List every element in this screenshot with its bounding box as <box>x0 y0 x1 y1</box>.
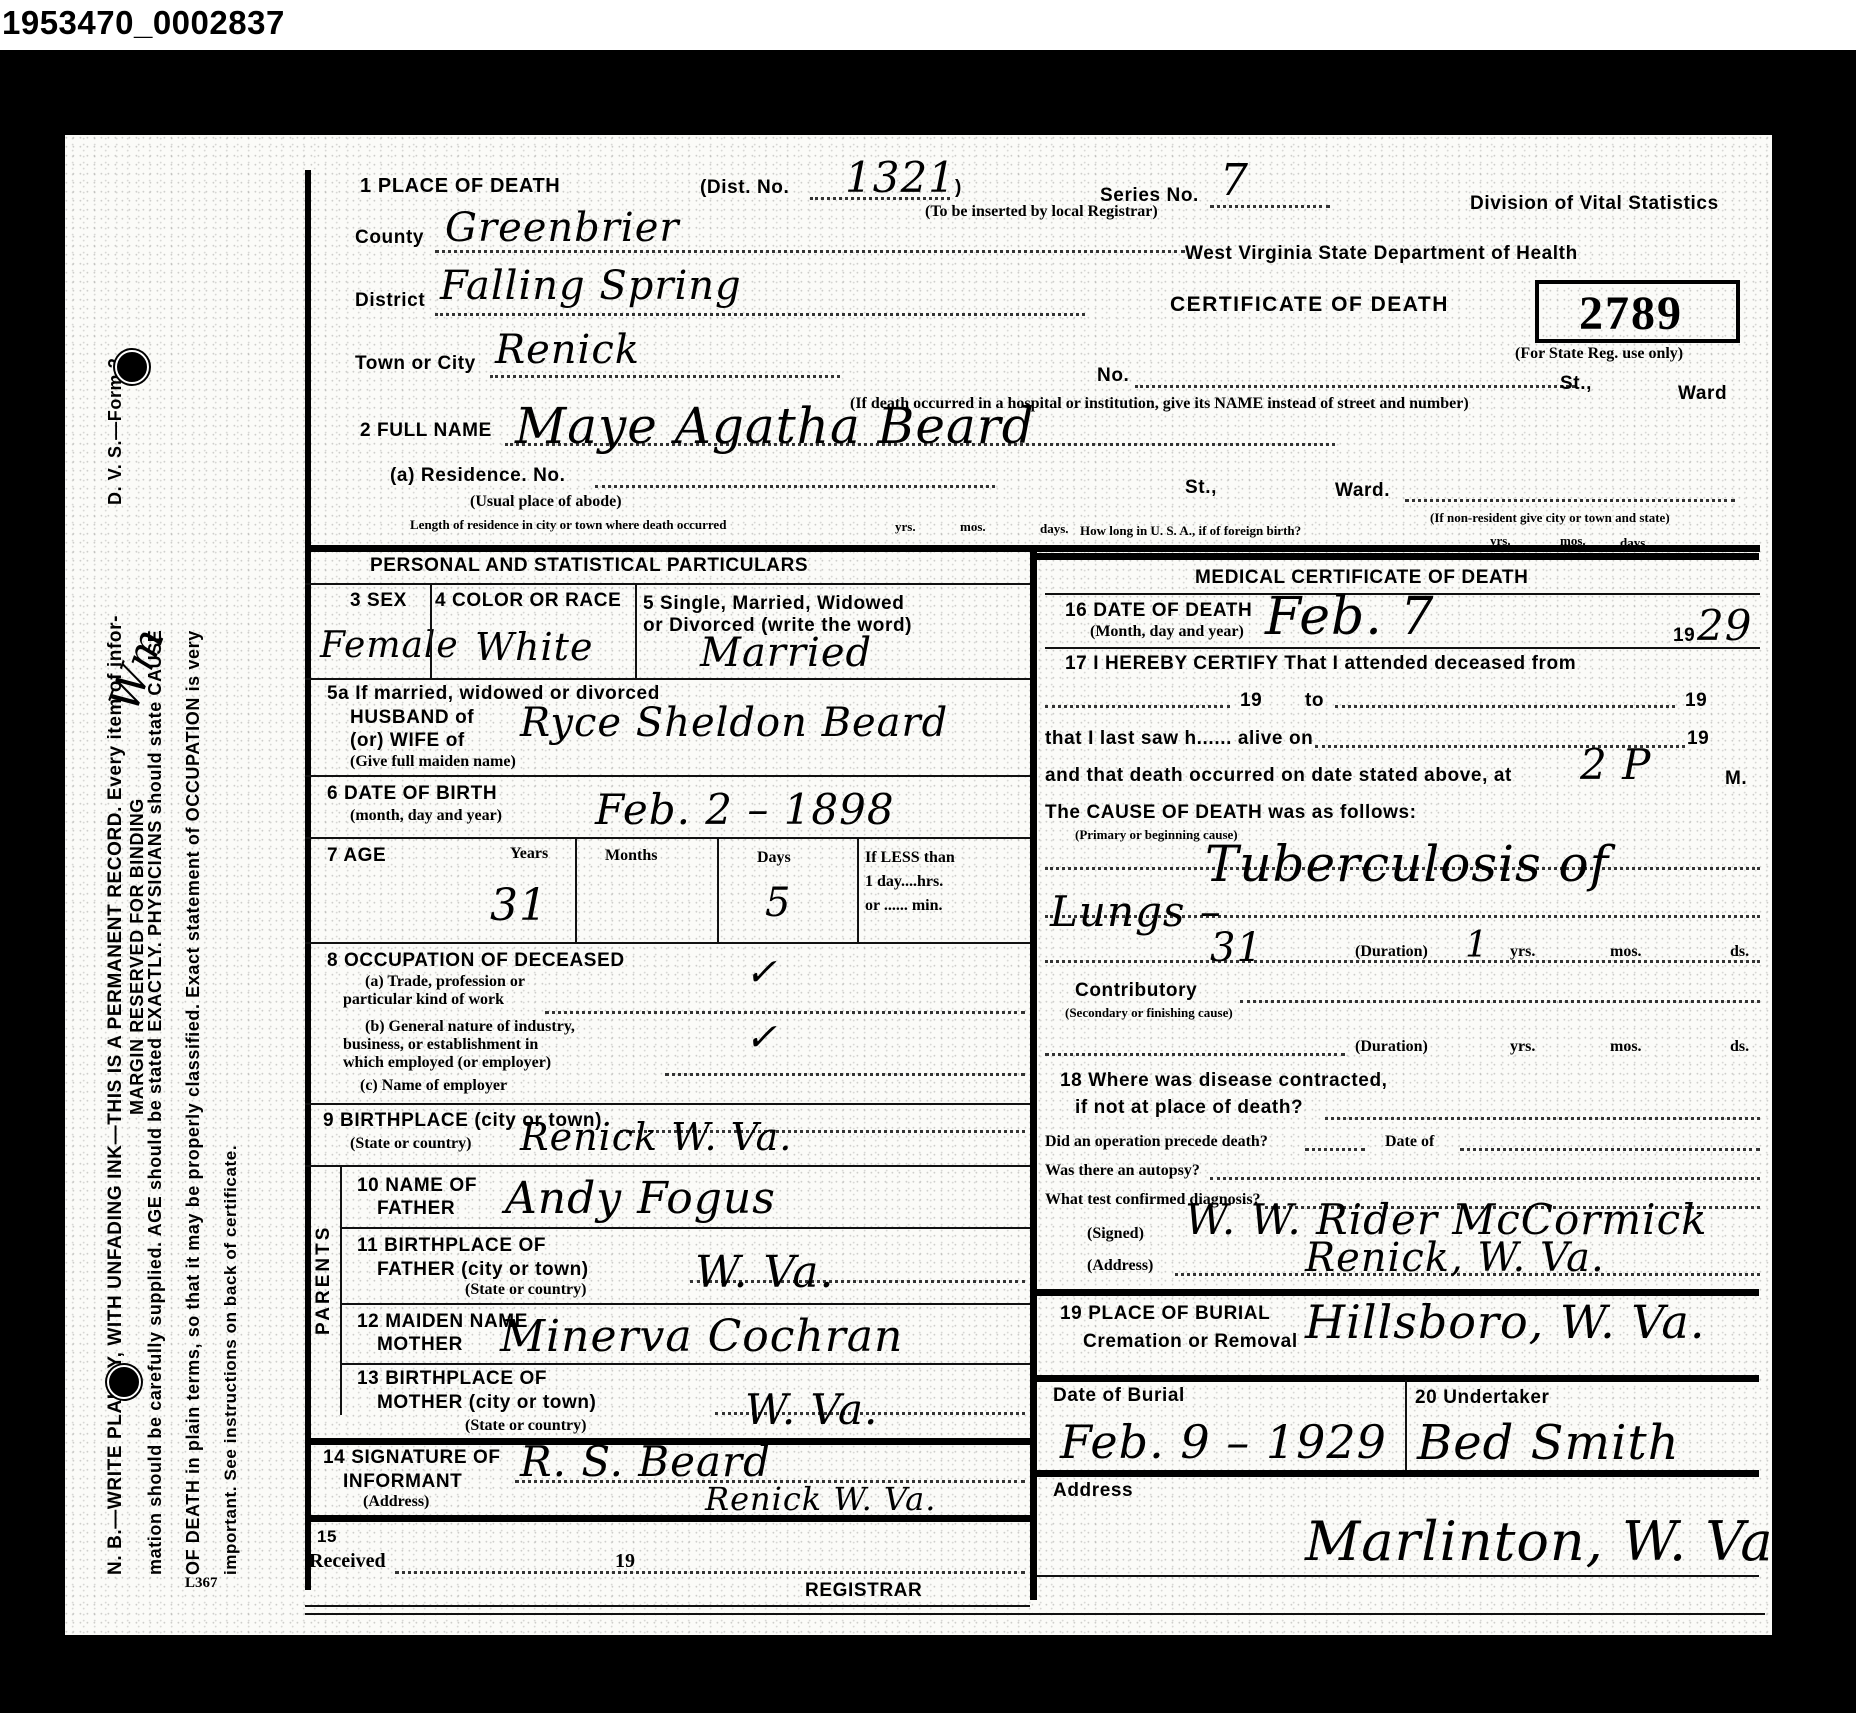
occ-b-label-3: which employed (or employer) <box>343 1054 551 1072</box>
father-label-2: FATHER <box>377 1198 455 1220</box>
residence-ward-label: Ward. <box>1335 480 1390 502</box>
dist-no-value: 1321 <box>845 153 956 202</box>
certificate-form: 1 PLACE OF DEATH (Dist. No. 1321 ) (To b… <box>305 135 1775 1635</box>
margin-notice-line: mation should be carefully supplied. AGE… <box>145 630 166 1575</box>
occ-b-label-2: business, or establishment in <box>343 1036 538 1054</box>
less-than-hrs: 1 day....hrs. <box>865 873 943 891</box>
physician-signed-label: (Signed) <box>1087 1225 1144 1243</box>
cause-value-3: 31 <box>1210 925 1263 971</box>
sex-value: Female <box>320 625 459 666</box>
mother-birthplace-label: 13 BIRTHPLACE OF <box>357 1368 547 1390</box>
no-label: No. <box>1097 365 1129 387</box>
informant-address-label: (Address) <box>363 1493 429 1511</box>
marital-value: Married <box>700 630 872 676</box>
cause-value-2: Lungs – <box>1050 887 1222 936</box>
contributory-duration-label: (Duration) <box>1355 1038 1428 1056</box>
spouse-value: Ryce Sheldon Beard <box>520 700 948 746</box>
less-than-label: If LESS than <box>865 849 955 867</box>
days-label: Days <box>757 849 791 867</box>
race-value: White <box>475 625 593 669</box>
duration-yrs-label: yrs. <box>1510 943 1535 961</box>
physician-address-label: (Address) <box>1087 1257 1153 1275</box>
undertaker-address: Marlinton, W. Va. <box>1305 1510 1792 1573</box>
undertaker-label: 20 Undertaker <box>1415 1387 1550 1409</box>
undertaker-value: Bed Smith <box>1417 1415 1680 1471</box>
contracted-label-2: if not at place of death? <box>1075 1097 1303 1119</box>
attended-to-label: to <box>1305 690 1324 712</box>
series-no-label: Series No. <box>1100 185 1199 207</box>
death-time-value: 2 P <box>1580 740 1651 789</box>
father-value: Andy Fogus <box>505 1173 776 1224</box>
undertaker-address-label: Address <box>1053 1480 1133 1502</box>
residence-label: (a) Residence. No. <box>390 465 566 487</box>
contributory-yrs-label: yrs. <box>1510 1038 1535 1056</box>
medical-heading: MEDICAL CERTIFICATE OF DEATH <box>1195 567 1528 589</box>
birthplace-value: Renick W. Va. <box>520 1115 792 1159</box>
years-label: Years <box>510 845 548 863</box>
burial-place-value: Hillsboro, W. Va. <box>1305 1295 1705 1349</box>
cause-label: The CAUSE OF DEATH was as follows: <box>1045 802 1417 824</box>
occ-b-checkmark-icon: ✓ <box>745 1015 777 1059</box>
nonresident-note: (If non-resident give city or town and s… <box>1430 510 1670 526</box>
mother-birthplace-label-2: MOTHER (city or town) <box>377 1392 596 1414</box>
informant-signature: R. S. Beard <box>520 1437 771 1486</box>
dist-no-close: ) <box>955 177 962 199</box>
town-label: Town or City <box>355 353 476 375</box>
duration-label: (Duration) <box>1355 943 1428 961</box>
contributory-mos-label: mos. <box>1610 1038 1642 1056</box>
division-title: Division of Vital Statistics <box>1470 193 1719 215</box>
st-label: St., <box>1560 373 1592 395</box>
mother-value: Minerva Cochran <box>500 1311 903 1362</box>
town-value: Renick <box>495 327 640 373</box>
attended-to-year: 19 <box>1685 690 1707 712</box>
margin-binding-note: MARGIN RESERVED FOR BINDING <box>127 798 148 1115</box>
contracted-label: 18 Where was disease contracted, <box>1060 1070 1388 1092</box>
certificate-title: CERTIFICATE OF DEATH <box>1170 293 1449 317</box>
father-birthplace-label-2: FATHER (city or town) <box>377 1259 589 1281</box>
informant-label-2: INFORMANT <box>343 1471 462 1493</box>
form-code: L367 <box>185 1575 218 1592</box>
duration-ds-label: ds. <box>1730 943 1749 961</box>
contributory-ds-label: ds. <box>1730 1038 1749 1056</box>
image-id: 1953470_0002837 <box>2 4 285 42</box>
months-label: Months <box>605 847 657 865</box>
margin-notice-line: N. B.—WRITE PLAINLY, WITH UNFADING INK—T… <box>105 615 127 1575</box>
certify-statement: 17 I HEREBY CERTIFY That I attended dece… <box>1065 653 1576 675</box>
punch-hole-icon <box>107 1365 141 1399</box>
series-no-value: 7 <box>1220 155 1249 206</box>
operation-label: Did an operation precede death? <box>1045 1133 1268 1151</box>
dist-no-label: (Dist. No. <box>700 177 789 199</box>
less-than-min: or ...... min. <box>865 897 942 915</box>
dod-year-value: 29 <box>1697 601 1752 650</box>
last-saw-year: 19 <box>1687 728 1709 750</box>
place-of-death-label: 1 PLACE OF DEATH <box>360 175 560 198</box>
yrs-label: yrs. <box>895 519 916 535</box>
occ-a-label: (a) Trade, profession or <box>365 973 525 991</box>
residence-sub: (Usual place of abode) <box>470 493 622 511</box>
death-time-label: and that death occurred on date stated a… <box>1045 765 1512 787</box>
received-number: 15 <box>317 1527 337 1547</box>
received-label: Received <box>309 1550 386 1573</box>
department-title: West Virginia State Department of Health <box>1185 243 1578 265</box>
dod-year-prefix: 19 <box>1673 625 1695 647</box>
burial-date-value: Feb. 9 – 1929 <box>1060 1415 1387 1469</box>
last-saw-label: that I last saw h...... alive on <box>1045 728 1313 750</box>
occ-b-label: (b) General nature of industry, <box>365 1018 575 1036</box>
margin-notice-line: OF DEATH in plain terms, so that it may … <box>183 630 204 1575</box>
image-label-bar: 1953470_0002837 <box>0 0 1856 50</box>
death-certificate: N. B.—WRITE PLAINLY, WITH UNFADING INK—T… <box>62 135 1772 1635</box>
occ-a-checkmark-icon: ✓ <box>745 950 777 994</box>
column-divider <box>1030 550 1037 1600</box>
maiden-name-note: (Give full maiden name) <box>350 753 516 771</box>
sex-label: 3 SEX <box>350 590 407 612</box>
parents-label: PARENTS <box>313 1225 335 1335</box>
personal-heading: PERSONAL AND STATISTICAL PARTICULARS <box>370 555 808 577</box>
cause-value-1: Tuberculosis of <box>1205 835 1609 893</box>
birthplace-sub: (State or country) <box>350 1135 471 1153</box>
district-value: Falling Spring <box>440 263 742 309</box>
ward-label: Ward <box>1678 383 1727 405</box>
burial-date-label: Date of Burial <box>1053 1385 1185 1407</box>
informant-label: 14 SIGNATURE OF <box>323 1447 501 1469</box>
contributory-sub: (Secondary or finishing cause) <box>1065 1005 1233 1021</box>
mother-birthplace-value: W. Va. <box>745 1385 878 1434</box>
age-days-value: 5 <box>765 880 791 926</box>
binding-margin: N. B.—WRITE PLAINLY, WITH UNFADING INK—T… <box>65 135 300 1635</box>
received-year: 19 <box>615 1550 635 1573</box>
contributory-label: Contributory <box>1075 980 1197 1002</box>
margin-notice-line: important. See instructions on back of c… <box>221 1145 241 1575</box>
marital-label: 5 Single, Married, Widowed <box>643 593 904 615</box>
district-label: District <box>355 290 425 312</box>
mother-birthplace-sub: (State or country) <box>465 1417 586 1435</box>
form-border <box>305 170 311 1590</box>
race-label: 4 COLOR OR RACE <box>435 590 621 612</box>
attended-from-year: 19 <box>1240 690 1262 712</box>
father-label: 10 NAME OF <box>357 1175 477 1197</box>
operation-date-label: Date of <box>1385 1133 1434 1151</box>
duration-mos-label: mos. <box>1610 943 1642 961</box>
full-name-label: 2 FULL NAME <box>360 420 492 442</box>
dob-sub: (month, day and year) <box>350 807 502 825</box>
mother-label-2: MOTHER <box>377 1334 463 1356</box>
punch-hole-icon <box>115 350 149 384</box>
age-label: 7 AGE <box>327 845 386 867</box>
dod-label: 16 DATE OF DEATH <box>1065 600 1252 622</box>
dob-label: 6 DATE OF BIRTH <box>327 783 497 805</box>
days-label: days. <box>1040 521 1069 537</box>
occ-c-label: (c) Name of employer <box>360 1077 507 1095</box>
age-years-value: 31 <box>490 880 548 931</box>
physician-address: Renick, W. Va. <box>1305 1235 1605 1281</box>
state-number-note: (For State Reg. use only) <box>1515 345 1683 363</box>
occupation-label: 8 OCCUPATION OF DECEASED <box>327 950 625 972</box>
county-value: Greenbrier <box>445 205 680 251</box>
father-birthplace-label: 11 BIRTHPLACE OF <box>357 1235 546 1257</box>
state-number: 2789 <box>1579 286 1683 341</box>
occ-a-label-2: particular kind of work <box>343 991 504 1009</box>
length-residence-label: Length of residence in city or town wher… <box>410 517 726 533</box>
state-number-box: 2789 <box>1535 280 1740 343</box>
mos-label: mos. <box>960 519 986 535</box>
dob-value: Feb. 2 – 1898 <box>595 785 895 834</box>
burial-place-label: 19 PLACE OF BURIAL <box>1060 1303 1270 1325</box>
dod-sub: (Month, day and year) <box>1090 623 1244 641</box>
county-label: County <box>355 227 424 249</box>
father-birthplace-sub: (State or country) <box>465 1281 586 1299</box>
death-time-suffix: M. <box>1725 768 1747 790</box>
duration-yrs-value: 1 <box>1465 925 1489 966</box>
residence-st-label: St., <box>1185 477 1217 499</box>
wife-label: (or) WIFE of <box>350 730 465 752</box>
burial-removal-label: Cremation or Removal <box>1083 1331 1298 1353</box>
registrar-label: REGISTRAR <box>805 1580 922 1602</box>
autopsy-label: Was there an autopsy? <box>1045 1162 1200 1180</box>
dod-value: Feb. 7 <box>1265 587 1434 647</box>
full-name-value: Maye Agatha Beard <box>515 397 1035 455</box>
husband-label: HUSBAND of <box>350 707 474 729</box>
father-birthplace-value: W. Va. <box>695 1247 834 1298</box>
informant-address: Renick W. Va. <box>705 1480 936 1518</box>
how-long-usa-label: How long in U. S. A., if of foreign birt… <box>1080 523 1301 539</box>
